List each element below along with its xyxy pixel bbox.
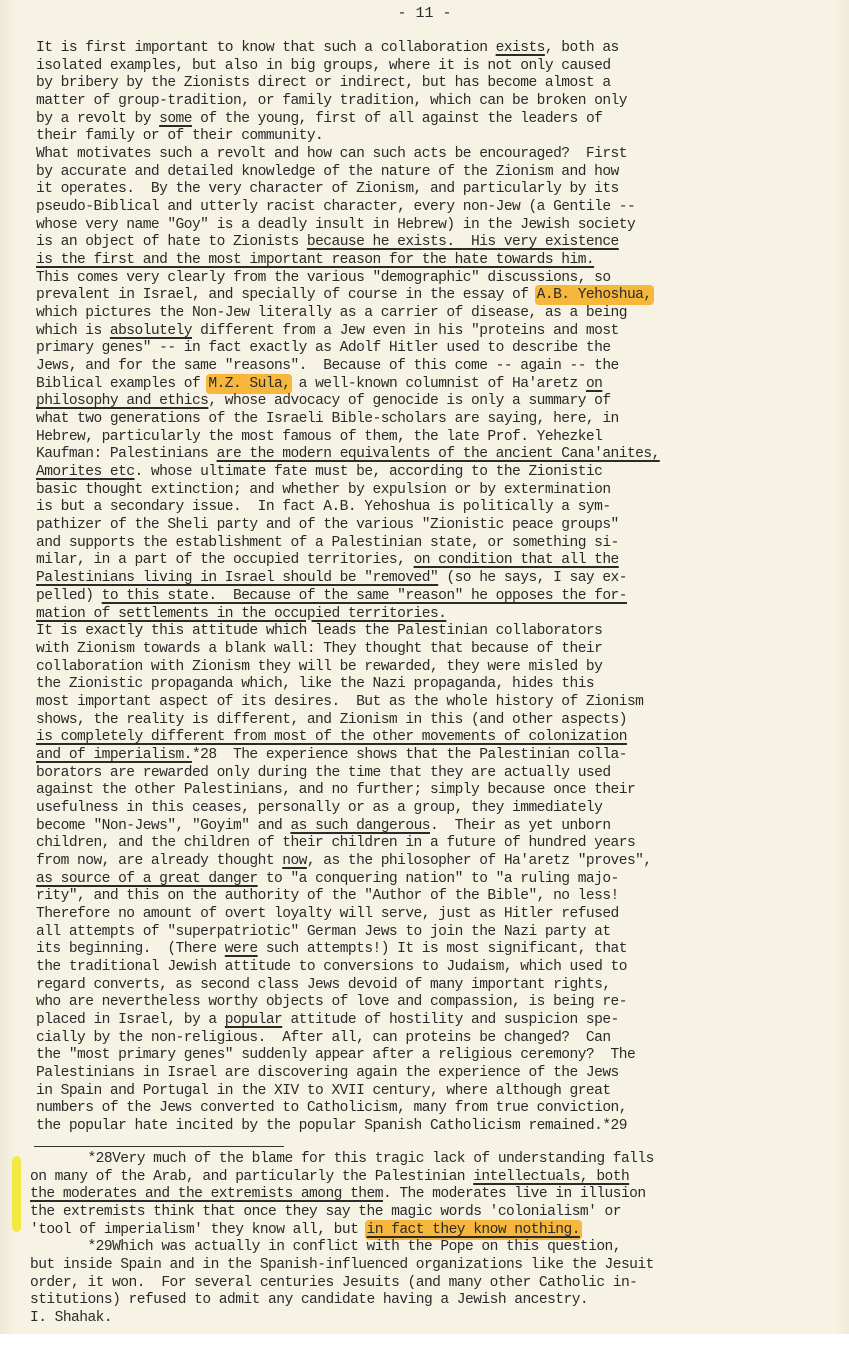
text-run: attitude of hostility and suspicion spe-: [282, 1012, 619, 1028]
text-run: , as the philosopher of Ha'aretz "proves…: [307, 853, 652, 869]
body-line: who are nevertheless worthy objects of l…: [36, 994, 836, 1012]
underlined-text: Palestinians living in Israel should be …: [36, 570, 438, 586]
text-run: borators are rewarded only during the ti…: [36, 765, 611, 781]
body-line: usefulness in this ceases, personally or…: [36, 800, 836, 818]
body-line: rity", and this on the authority of the …: [36, 888, 836, 906]
body-line: cially by the non-religious. After all, …: [36, 1030, 836, 1048]
text-run: what two generations of the Israeli Bibl…: [36, 411, 619, 427]
text-run: their family or of their community.: [36, 128, 323, 144]
body-line: Palestinians living in Israel should be …: [36, 570, 836, 588]
highlighted-text: A.B. Yehoshua,: [537, 287, 652, 303]
text-run: the "most primary genes" suddenly appear…: [36, 1047, 635, 1063]
text-run: *29Which was actually in conflict with t…: [30, 1239, 621, 1255]
body-line: its beginning. (There were such attempts…: [36, 941, 836, 959]
body-line: what two generations of the Israeli Bibl…: [36, 411, 836, 429]
text-run: *28Very much of the blame for this tragi…: [30, 1151, 654, 1167]
body-line: is the first and the most important reas…: [36, 252, 836, 270]
underlined-text: some: [159, 111, 192, 127]
page-number: - 11 -: [0, 5, 849, 22]
text-run: Hebrew, particularly the most famous of …: [36, 429, 602, 445]
text-run: usefulness in this ceases, personally or…: [36, 800, 602, 816]
body-line: Amorites etc. whose ultimate fate must b…: [36, 464, 836, 482]
document-page: - 11 - It is first important to know tha…: [0, 0, 849, 1334]
text-run: stitutions) refused to admit any candida…: [30, 1292, 588, 1308]
footnote-line: but inside Spain and in the Spanish-infl…: [30, 1257, 840, 1275]
body-line: pathizer of the Sheli party and of the v…: [36, 517, 836, 535]
text-run: the Zionistic propaganda which, like the…: [36, 676, 594, 692]
text-run: by a revolt by: [36, 111, 159, 127]
text-run: which pictures the Non-Jew literally as …: [36, 305, 627, 321]
body-line: philosophy and ethics, whose advocacy of…: [36, 393, 836, 411]
text-run: of the young, first of all against the l…: [192, 111, 602, 127]
underlined-text: as such dangerous: [290, 818, 430, 834]
body-line: from now, are already thought now, as th…: [36, 853, 836, 871]
body-line: and of imperialism.*28 The experience sh…: [36, 747, 836, 765]
text-run: It is first important to know that such …: [36, 40, 496, 56]
body-line: the "most primary genes" suddenly appear…: [36, 1047, 836, 1065]
footnote-line: I. Shahak.: [30, 1310, 840, 1328]
text-run: isolated examples, but also in big group…: [36, 58, 611, 74]
body-line: the popular hate incited by the popular …: [36, 1118, 836, 1136]
highlighted-text: in fact they know nothing.: [367, 1222, 580, 1238]
text-run: in Spain and Portugal in the XIV to XVII…: [36, 1083, 611, 1099]
body-line: matter of group-tradition, or family tra…: [36, 93, 836, 111]
body-line: primary genes" -- in fact exactly as Ado…: [36, 340, 836, 358]
body-line: collaboration with Zionism they will be …: [36, 659, 836, 677]
body-line: it operates. By the very character of Zi…: [36, 181, 836, 199]
text-run: and supports the establishment of a Pale…: [36, 535, 619, 551]
text-run: , both as: [545, 40, 619, 56]
text-run: cially by the non-religious. After all, …: [36, 1030, 611, 1046]
body-line: is but a secondary issue. In fact A.B. Y…: [36, 499, 836, 517]
text-run: matter of group-tradition, or family tra…: [36, 93, 627, 109]
footnote-separator: [34, 1146, 284, 1147]
footnote-line: *28Very much of the blame for this tragi…: [30, 1151, 840, 1169]
text-run: to "a conquering nation" to "a ruling ma…: [258, 871, 619, 887]
footnote-line: on many of the Arab, and particularly th…: [30, 1169, 840, 1187]
footnote-line: stitutions) refused to admit any candida…: [30, 1292, 840, 1310]
text-run: against the other Palestinians, and no f…: [36, 782, 635, 798]
text-run: This comes very clearly from the various…: [36, 270, 611, 286]
text-run: but inside Spain and in the Spanish-infl…: [30, 1257, 654, 1273]
text-run: the extremists think that once they say …: [30, 1204, 621, 1220]
body-line: is completely different from most of the…: [36, 729, 836, 747]
body-line: by accurate and detailed knowledge of th…: [36, 164, 836, 182]
text-run: Biblical examples of: [36, 376, 208, 392]
body-line: pseudo-Biblical and utterly racist chara…: [36, 199, 836, 217]
text-run: is an object of hate to Zionists: [36, 234, 307, 250]
text-run: such attempts!) It is most significant, …: [258, 941, 627, 957]
body-line: Biblical examples of M.Z. Sula, a well-k…: [36, 376, 836, 394]
body-line: which pictures the Non-Jew literally as …: [36, 305, 836, 323]
footnote-line: the extremists think that once they say …: [30, 1204, 840, 1222]
body-line: Jews, and for the same "reasons". Becaus…: [36, 358, 836, 376]
underlined-text: on: [586, 376, 602, 392]
underlined-text: now: [282, 853, 307, 869]
text-run: Jews, and for the same "reasons". Becaus…: [36, 358, 619, 374]
body-line: It is exactly this attitude which leads …: [36, 623, 836, 641]
text-run: milar, in a part of the occupied territo…: [36, 552, 414, 568]
text-run: collaboration with Zionism they will be …: [36, 659, 602, 675]
margin-highlight-mark: [12, 1156, 21, 1232]
text-run: a well-known columnist of Ha'aretz: [290, 376, 585, 392]
text-run: (so he says, I say ex-: [438, 570, 627, 586]
text-run: which is: [36, 323, 110, 339]
underlined-text: on condition that all the: [414, 552, 619, 568]
text-run: from now, are already thought: [36, 853, 282, 869]
body-line: isolated examples, but also in big group…: [36, 58, 836, 76]
text-run: basic thought extinction; and whether by…: [36, 482, 611, 498]
text-run: with Zionism towards a blank wall: They …: [36, 641, 602, 657]
text-run: who are nevertheless worthy objects of l…: [36, 994, 627, 1010]
body-line: This comes very clearly from the various…: [36, 270, 836, 288]
body-line: as source of a great danger to "a conque…: [36, 871, 836, 889]
text-run: Kaufman: Palestinians: [36, 446, 217, 462]
underlined-text: because he exists. His very existence: [307, 234, 619, 250]
underlined-text: is the first and the most important reas…: [36, 252, 594, 268]
main-body-text: It is first important to know that such …: [36, 40, 836, 1136]
body-line: It is first important to know that such …: [36, 40, 836, 58]
body-line: against the other Palestinians, and no f…: [36, 782, 836, 800]
body-line: whose very name "Goy" is a deadly insult…: [36, 217, 836, 235]
body-line: all attempts of "superpatriotic" German …: [36, 924, 836, 942]
body-line: placed in Israel, by a popular attitude …: [36, 1012, 836, 1030]
text-run: pelled): [36, 588, 102, 604]
underlined-text: are the modern equivalents of the ancien…: [217, 446, 660, 462]
text-run: I. Shahak.: [30, 1310, 112, 1326]
text-run: the popular hate incited by the popular …: [36, 1118, 627, 1134]
footnote-line: the moderates and the extremists among t…: [30, 1186, 840, 1204]
underlined-text: and of imperialism.: [36, 747, 192, 763]
highlighted-text: M.Z. Sula,: [208, 376, 290, 392]
text-run: pathizer of the Sheli party and of the v…: [36, 517, 619, 533]
body-line: become "Non-Jews", "Goyim" and as such d…: [36, 818, 836, 836]
body-line: the traditional Jewish attitude to conve…: [36, 959, 836, 977]
body-line: regard converts, as second class Jews de…: [36, 977, 836, 995]
body-line: their family or of their community.: [36, 128, 836, 146]
text-run: . whose ultimate fate must be, according…: [135, 464, 603, 480]
body-line: Hebrew, particularly the most famous of …: [36, 429, 836, 447]
body-line: milar, in a part of the occupied territo…: [36, 552, 836, 570]
body-line: Therefore no amount of overt loyalty wil…: [36, 906, 836, 924]
footnote-line: order, it won. For several centuries Jes…: [30, 1275, 840, 1293]
body-line: which is absolutely different from a Jew…: [36, 323, 836, 341]
text-run: rity", and this on the authority of the …: [36, 888, 619, 904]
text-run: prevalent in Israel, and specially of co…: [36, 287, 537, 303]
text-run: the traditional Jewish attitude to conve…: [36, 959, 627, 975]
text-run: 'tool of imperialism' they know all, but: [30, 1222, 367, 1238]
underlined-text: were: [225, 941, 258, 957]
body-line: by a revolt by some of the young, first …: [36, 111, 836, 129]
body-line: numbers of the Jews converted to Catholi…: [36, 1100, 836, 1118]
text-run: children, and the children of their chil…: [36, 835, 635, 851]
text-run: become "Non-Jews", "Goyim" and: [36, 818, 290, 834]
underlined-text: as source of a great danger: [36, 871, 258, 887]
body-line: by bribery by the Zionists direct or ind…: [36, 75, 836, 93]
text-run: on many of the Arab, and particularly th…: [30, 1169, 473, 1185]
text-run: . The moderates live in illusion: [383, 1186, 646, 1202]
underlined-text: is completely different from most of the…: [36, 729, 627, 745]
text-run: order, it won. For several centuries Jes…: [30, 1275, 637, 1291]
text-run: Therefore no amount of overt loyalty wil…: [36, 906, 619, 922]
underlined-text: intellectuals, both: [473, 1169, 629, 1185]
text-run: regard converts, as second class Jews de…: [36, 977, 611, 993]
text-run: Palestinians in Israel are discovering a…: [36, 1065, 619, 1081]
underlined-text: popular: [225, 1012, 282, 1028]
underlined-text: Amorites etc: [36, 464, 135, 480]
text-run: *28 The experience shows that the Palest…: [192, 747, 627, 763]
body-line: What motivates such a revolt and how can…: [36, 146, 836, 164]
body-line: is an object of hate to Zionists because…: [36, 234, 836, 252]
text-run: all attempts of "superpatriotic" German …: [36, 924, 611, 940]
text-run: it operates. By the very character of Zi…: [36, 181, 619, 197]
footnotes: *28Very much of the blame for this tragi…: [30, 1151, 840, 1328]
text-run: pseudo-Biblical and utterly racist chara…: [36, 199, 635, 215]
text-run: What motivates such a revolt and how can…: [36, 146, 627, 162]
text-run: different from a Jew even in his "protei…: [192, 323, 619, 339]
text-run: shows, the reality is different, and Zio…: [36, 712, 627, 728]
underlined-text: mation of settlements in the occupied te…: [36, 606, 446, 622]
body-line: children, and the children of their chil…: [36, 835, 836, 853]
text-run: whose very name "Goy" is a deadly insult…: [36, 217, 635, 233]
body-line: Kaufman: Palestinians are the modern equ…: [36, 446, 836, 464]
text-run: numbers of the Jews converted to Catholi…: [36, 1100, 627, 1116]
underlined-text: exists: [496, 40, 545, 56]
text-run: by bribery by the Zionists direct or ind…: [36, 75, 611, 91]
text-run: by accurate and detailed knowledge of th…: [36, 164, 619, 180]
body-line: Palestinians in Israel are discovering a…: [36, 1065, 836, 1083]
body-line: most important aspect of its desires. Bu…: [36, 694, 836, 712]
underlined-text: the moderates and the extremists among t…: [30, 1186, 383, 1202]
body-line: the Zionistic propaganda which, like the…: [36, 676, 836, 694]
underlined-text: philosophy and ethics: [36, 393, 208, 409]
text-run: , whose advocacy of genocide is only a s…: [208, 393, 610, 409]
body-line: basic thought extinction; and whether by…: [36, 482, 836, 500]
body-line: borators are rewarded only during the ti…: [36, 765, 836, 783]
text-run: It is exactly this attitude which leads …: [36, 623, 602, 639]
footnote-line: *29Which was actually in conflict with t…: [30, 1239, 840, 1257]
text-run: is but a secondary issue. In fact A.B. Y…: [36, 499, 611, 515]
footnote-line: 'tool of imperialism' they know all, but…: [30, 1222, 840, 1240]
body-line: prevalent in Israel, and specially of co…: [36, 287, 836, 305]
body-line: with Zionism towards a blank wall: They …: [36, 641, 836, 659]
body-line: mation of settlements in the occupied te…: [36, 606, 836, 624]
text-run: placed in Israel, by a: [36, 1012, 225, 1028]
body-line: shows, the reality is different, and Zio…: [36, 712, 836, 730]
body-line: in Spain and Portugal in the XIV to XVII…: [36, 1083, 836, 1101]
text-run: primary genes" -- in fact exactly as Ado…: [36, 340, 611, 356]
text-run: . Their as yet unborn: [430, 818, 611, 834]
body-line: and supports the establishment of a Pale…: [36, 535, 836, 553]
body-line: pelled) to this state. Because of the sa…: [36, 588, 836, 606]
text-run: its beginning. (There: [36, 941, 225, 957]
underlined-text: absolutely: [110, 323, 192, 339]
text-run: most important aspect of its desires. Bu…: [36, 694, 643, 710]
underlined-text: to this state. Because of the same "reas…: [102, 588, 627, 604]
